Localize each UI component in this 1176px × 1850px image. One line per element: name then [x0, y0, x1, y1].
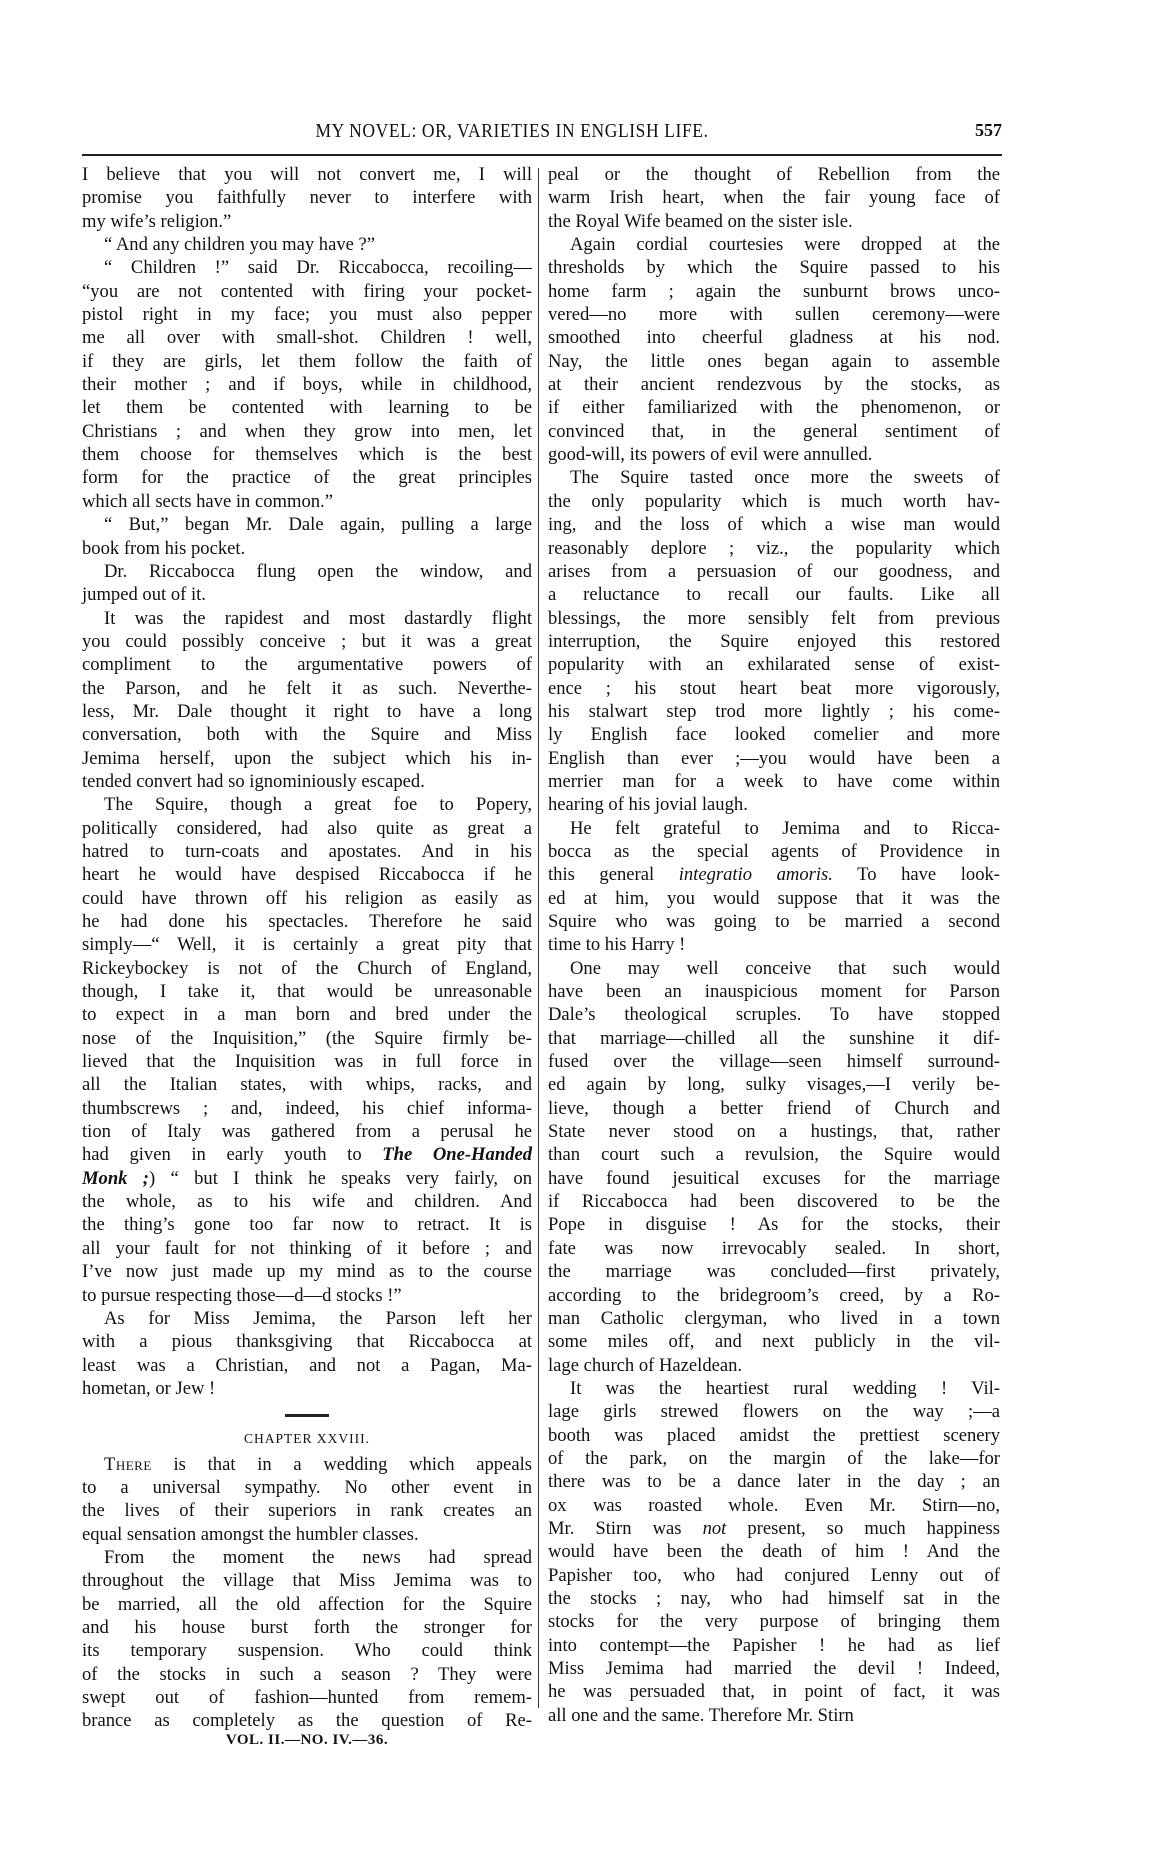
signature-mark: VOL. II.—NO. IV.—36.	[82, 1732, 532, 1749]
text-line: compliment to the argumentative powers o…	[82, 653, 532, 676]
text-line: have found jesuitical excuses for the ma…	[548, 1167, 1000, 1190]
text-line: bocca as the special agents of Providenc…	[548, 840, 1000, 863]
text-line: my wife’s religion.”	[82, 210, 532, 233]
text-line: jumped out of it.	[82, 583, 532, 606]
text-line: the lives of their superiors in rank cre…	[82, 1499, 532, 1522]
text-line: stocks for the very purpose of bringing …	[548, 1610, 1000, 1633]
text-line: Rickeybockey is not of the Church of Eng…	[82, 957, 532, 980]
text-line-with-title: Monk ;) “ but I think he speaks very fai…	[82, 1167, 532, 1190]
text-line: the only popularity which is much worth …	[548, 490, 1000, 513]
text-line: lage church of Hazeldean.	[548, 1354, 1000, 1377]
text-line: “ And any children you may have ?”	[82, 233, 532, 256]
text-fragment: present, so much happiness	[726, 1518, 1000, 1539]
drop-word: There	[104, 1454, 152, 1475]
text-line: vered—no more with sullen ceremony—were	[548, 303, 1000, 326]
text-line: I believe that you will not convert me, …	[82, 163, 532, 186]
text-line: brance as completely as the question of …	[82, 1709, 532, 1732]
text-line: book from his pocket.	[82, 537, 532, 560]
text-line: Dale’s theological scruples. To have sto…	[548, 1003, 1000, 1026]
text-line: to expect in a man born and bred under t…	[82, 1003, 532, 1026]
text-line: fate was now irrevocably sealed. In shor…	[548, 1237, 1000, 1260]
text-line: merrier man for a week to have come with…	[548, 770, 1000, 793]
text-line: time to his Harry !	[548, 933, 1000, 956]
text-line: least was a Christian, and not a Pagan, …	[82, 1354, 532, 1377]
text-line: He felt grateful to Jemima and to Ricca-	[548, 817, 1000, 840]
emphasis: not	[703, 1518, 727, 1539]
text-line: there was to be a dance later in the day…	[548, 1470, 1000, 1493]
text-fragment: ) “ but I think he speaks very fairly, o…	[149, 1168, 532, 1189]
text-line: interruption, the Squire enjoyed this re…	[548, 630, 1000, 653]
text-line: ed at him, you would suppose that it was…	[548, 887, 1000, 910]
left-column: I believe that you will not convert me, …	[82, 163, 532, 1733]
text-line: form for the practice of the great princ…	[82, 466, 532, 489]
text-line: One may well conceive that such would	[548, 957, 1000, 980]
text-line: he had done his spectacles. Therefore he…	[82, 910, 532, 933]
text-line: would have been the death of him ! And t…	[548, 1540, 1000, 1563]
text-line: nose of the Inquisition,” (the Squire fi…	[82, 1027, 532, 1050]
text-line: home farm ; again the sunburnt brows unc…	[548, 280, 1000, 303]
text-line: Pope in disguise ! As for the stocks, th…	[548, 1213, 1000, 1236]
text-fragment: is that in a wedding which appeals	[152, 1454, 532, 1475]
text-line: It was the rapidest and most dastardly f…	[82, 607, 532, 630]
text-line: the marriage was concluded—first private…	[548, 1260, 1000, 1283]
text-line-with-latin: this general integratio amoris. To have …	[548, 863, 1000, 886]
text-line: peal or the thought of Rebellion from th…	[548, 163, 1000, 186]
text-line: Papisher too, who had conjured Lenny out…	[548, 1564, 1000, 1587]
text-line: lage girls strewed flowers on the way ;—…	[548, 1400, 1000, 1423]
text-line: Christians ; and when they grow into men…	[82, 420, 532, 443]
text-line: “ Children !” said Dr. Riccabocca, recoi…	[82, 256, 532, 279]
text-line: politically considered, had also quite a…	[82, 817, 532, 840]
text-line: warm Irish heart, when the fair young fa…	[548, 186, 1000, 209]
column-divider	[538, 168, 539, 1708]
text-line: Squire who was going to be married a sec…	[548, 910, 1000, 933]
text-line: some miles off, and next publicly in the…	[548, 1330, 1000, 1353]
text-line: heart he would have despised Riccabocca …	[82, 863, 532, 886]
text-fragment: Mr. Stirn was	[548, 1518, 682, 1539]
text-line: pistol right in my face; you must also p…	[82, 303, 532, 326]
latin-phrase: integratio amoris.	[679, 864, 833, 885]
text-line: thumbscrews ; and, indeed, his chief inf…	[82, 1097, 532, 1120]
text-line: I’ve now just made up my mind as to the …	[82, 1260, 532, 1283]
text-line: let them be contented with learning to b…	[82, 396, 532, 419]
text-line: at their ancient rendezvous by the stock…	[548, 373, 1000, 396]
text-line: Again cordial courtesies were dropped at…	[548, 233, 1000, 256]
text-line: if either familiarized with the phenomen…	[548, 396, 1000, 419]
text-line: “ But,” began Mr. Dale again, pulling a …	[82, 513, 532, 536]
text-line: lieved that the Inquisition was in full …	[82, 1050, 532, 1073]
text-line: to a universal sympathy. No other event …	[82, 1476, 532, 1499]
text-line: hearing of his jovial laugh.	[548, 793, 1000, 816]
text-line: their mother ; and if boys, while in chi…	[82, 373, 532, 396]
text-line: smoothed into cheerful gladness at his n…	[548, 326, 1000, 349]
text-line: The Squire tasted once more the sweets o…	[548, 466, 1000, 489]
header-rule	[82, 154, 1002, 156]
text-line: me all over with small-shot. Children ! …	[82, 326, 532, 349]
text-line: less, Mr. Dale thought it right to have …	[82, 700, 532, 723]
text-line: the whole, as to his wife and children. …	[82, 1190, 532, 1213]
text-line: and his house burst forth the stronger f…	[82, 1616, 532, 1639]
text-line: thresholds by which the Squire passed to…	[548, 256, 1000, 279]
text-line: them choose for themselves which is the …	[82, 443, 532, 466]
page-number: 557	[975, 120, 1002, 141]
text-line: As for Miss Jemima, the Parson left her	[82, 1307, 532, 1330]
text-fragment: To have look-	[833, 864, 1000, 885]
text-fragment: this general	[548, 864, 654, 885]
text-line: hatred to turn-coats and apostates. And …	[82, 840, 532, 863]
text-line: swept out of fashion—hunted from remem-	[82, 1686, 532, 1709]
text-line: be married, all the old affection for th…	[82, 1593, 532, 1616]
text-line: of the stocks in such a season ? They we…	[82, 1663, 532, 1686]
text-line: State never stood on a hustings, that, r…	[548, 1120, 1000, 1143]
text-line: have been an inauspicious moment for Par…	[548, 980, 1000, 1003]
running-head: MY NOVEL: OR, VARIETIES IN ENGLISH LIFE.…	[82, 118, 1002, 148]
text-line: From the moment the news had spread	[82, 1546, 532, 1569]
text-line: equal sensation amongst the humbler clas…	[82, 1523, 532, 1546]
text-line: ing, and the loss of which a wise man wo…	[548, 513, 1000, 536]
text-line: booth was placed amidst the prettiest sc…	[548, 1424, 1000, 1447]
text-line: blessings, the more sensibly felt from p…	[548, 607, 1000, 630]
text-line: reasonably deplore ; viz., the popularit…	[548, 537, 1000, 560]
text-line: English than ever ;—you would have been …	[548, 747, 1000, 770]
text-line: the stocks ; nay, who had himself sat in…	[548, 1587, 1000, 1610]
text-line: all the Italian states, with whips, rack…	[82, 1073, 532, 1096]
text-line: It was the heartiest rural wedding ! Vil…	[548, 1377, 1000, 1400]
text-line: “you are not contented with firing your …	[82, 280, 532, 303]
document-page: MY NOVEL: OR, VARIETIES IN ENGLISH LIFE.…	[0, 0, 1176, 1850]
text-line: of the park, on the margin of the lake—f…	[548, 1447, 1000, 1470]
right-column: peal or the thought of Rebellion from th…	[548, 163, 1000, 1727]
book-title: The One-Handed	[382, 1144, 532, 1165]
text-line: to pursue respecting those—d—d stocks !”	[82, 1284, 532, 1307]
text-line: its temporary suspension. Who could thin…	[82, 1639, 532, 1662]
text-line: the Parson, and he felt it as such. Neve…	[82, 677, 532, 700]
text-line: tion of Italy was gathered from a perusa…	[82, 1120, 532, 1143]
text-line: conversation, both with the Squire and M…	[82, 723, 532, 746]
text-line: the Royal Wife beamed on the sister isle…	[548, 210, 1000, 233]
chapter-heading: CHAPTER XXVIII.	[82, 1427, 532, 1450]
text-line: all your fault for not thinking of it be…	[82, 1237, 532, 1260]
text-line: if they are girls, let them follow the f…	[82, 350, 532, 373]
text-line: ed again by long, sulky visages,—I veril…	[548, 1073, 1000, 1096]
text-line: the thing’s gone too far now to retract.…	[82, 1213, 532, 1236]
text-line: arises from a persuasion of our goodness…	[548, 560, 1000, 583]
text-fragment: had given in early youth to	[82, 1144, 362, 1165]
text-line: which all sects have in common.”	[82, 490, 532, 513]
text-line: could have thrown off his religion as ea…	[82, 887, 532, 910]
text-line: ox was roasted whole. Even Mr. Stirn—no,	[548, 1494, 1000, 1517]
text-line: ly English face looked comelier and more	[548, 723, 1000, 746]
text-line-with-emphasis: Mr. Stirn was not present, so much happi…	[548, 1517, 1000, 1540]
text-line: according to the bridegroom’s creed, by …	[548, 1284, 1000, 1307]
text-line: man Catholic clergyman, who lived in a t…	[548, 1307, 1000, 1330]
text-line: his stalwart step trod more lightly ; hi…	[548, 700, 1000, 723]
text-line: all one and the same. Therefore Mr. Stir…	[548, 1704, 1000, 1727]
text-line: a reluctance to recall our faults. Like …	[548, 583, 1000, 606]
text-line: There is that in a wedding which appeals	[82, 1453, 532, 1476]
text-line: The Squire, though a great foe to Popery…	[82, 793, 532, 816]
text-line: lieve, though a better friend of Church …	[548, 1097, 1000, 1120]
text-line: Dr. Riccabocca flung open the window, an…	[82, 560, 532, 583]
book-title: Monk ;	[82, 1168, 149, 1189]
text-line: popularity with an exhilarated sense of …	[548, 653, 1000, 676]
text-line: good-will, its powers of evil were annul…	[548, 443, 1000, 466]
running-title: MY NOVEL: OR, VARIETIES IN ENGLISH LIFE.	[82, 118, 942, 142]
chapter-separator-rule	[285, 1414, 329, 1417]
text-line: that marriage—chilled all the sunshine i…	[548, 1027, 1000, 1050]
text-line: ence ; his stout heart beat more vigorou…	[548, 677, 1000, 700]
text-line: he was persuaded that, in point of fact,…	[548, 1680, 1000, 1703]
text-line: Nay, the little ones began again to asse…	[548, 350, 1000, 373]
text-line-with-title: had given in early youth to The One-Hand…	[82, 1143, 532, 1166]
text-line: into contempt—the Papisher ! he had as l…	[548, 1634, 1000, 1657]
text-line: hometan, or Jew !	[82, 1377, 532, 1400]
text-line: Miss Jemima had married the devil ! Inde…	[548, 1657, 1000, 1680]
text-line: convinced that, in the general sentiment…	[548, 420, 1000, 443]
text-line: Jemima herself, upon the subject which h…	[82, 747, 532, 770]
text-line: with a pious thanksgiving that Riccabocc…	[82, 1330, 532, 1353]
text-line: if Riccabocca had been discovered to be …	[548, 1190, 1000, 1213]
text-line: tended convert had so ignominiously esca…	[82, 770, 532, 793]
text-line: fused over the village—seen himself surr…	[548, 1050, 1000, 1073]
text-line: than court such a revulsion, the Squire …	[548, 1143, 1000, 1166]
text-line: promise you faithfully never to interfer…	[82, 186, 532, 209]
text-line: simply—“ Well, it is certainly a great p…	[82, 933, 532, 956]
text-line: though, I take it, that would be unreaso…	[82, 980, 532, 1003]
text-line: throughout the village that Miss Jemima …	[82, 1569, 532, 1592]
text-line: you could possibly conceive ; but it was…	[82, 630, 532, 653]
